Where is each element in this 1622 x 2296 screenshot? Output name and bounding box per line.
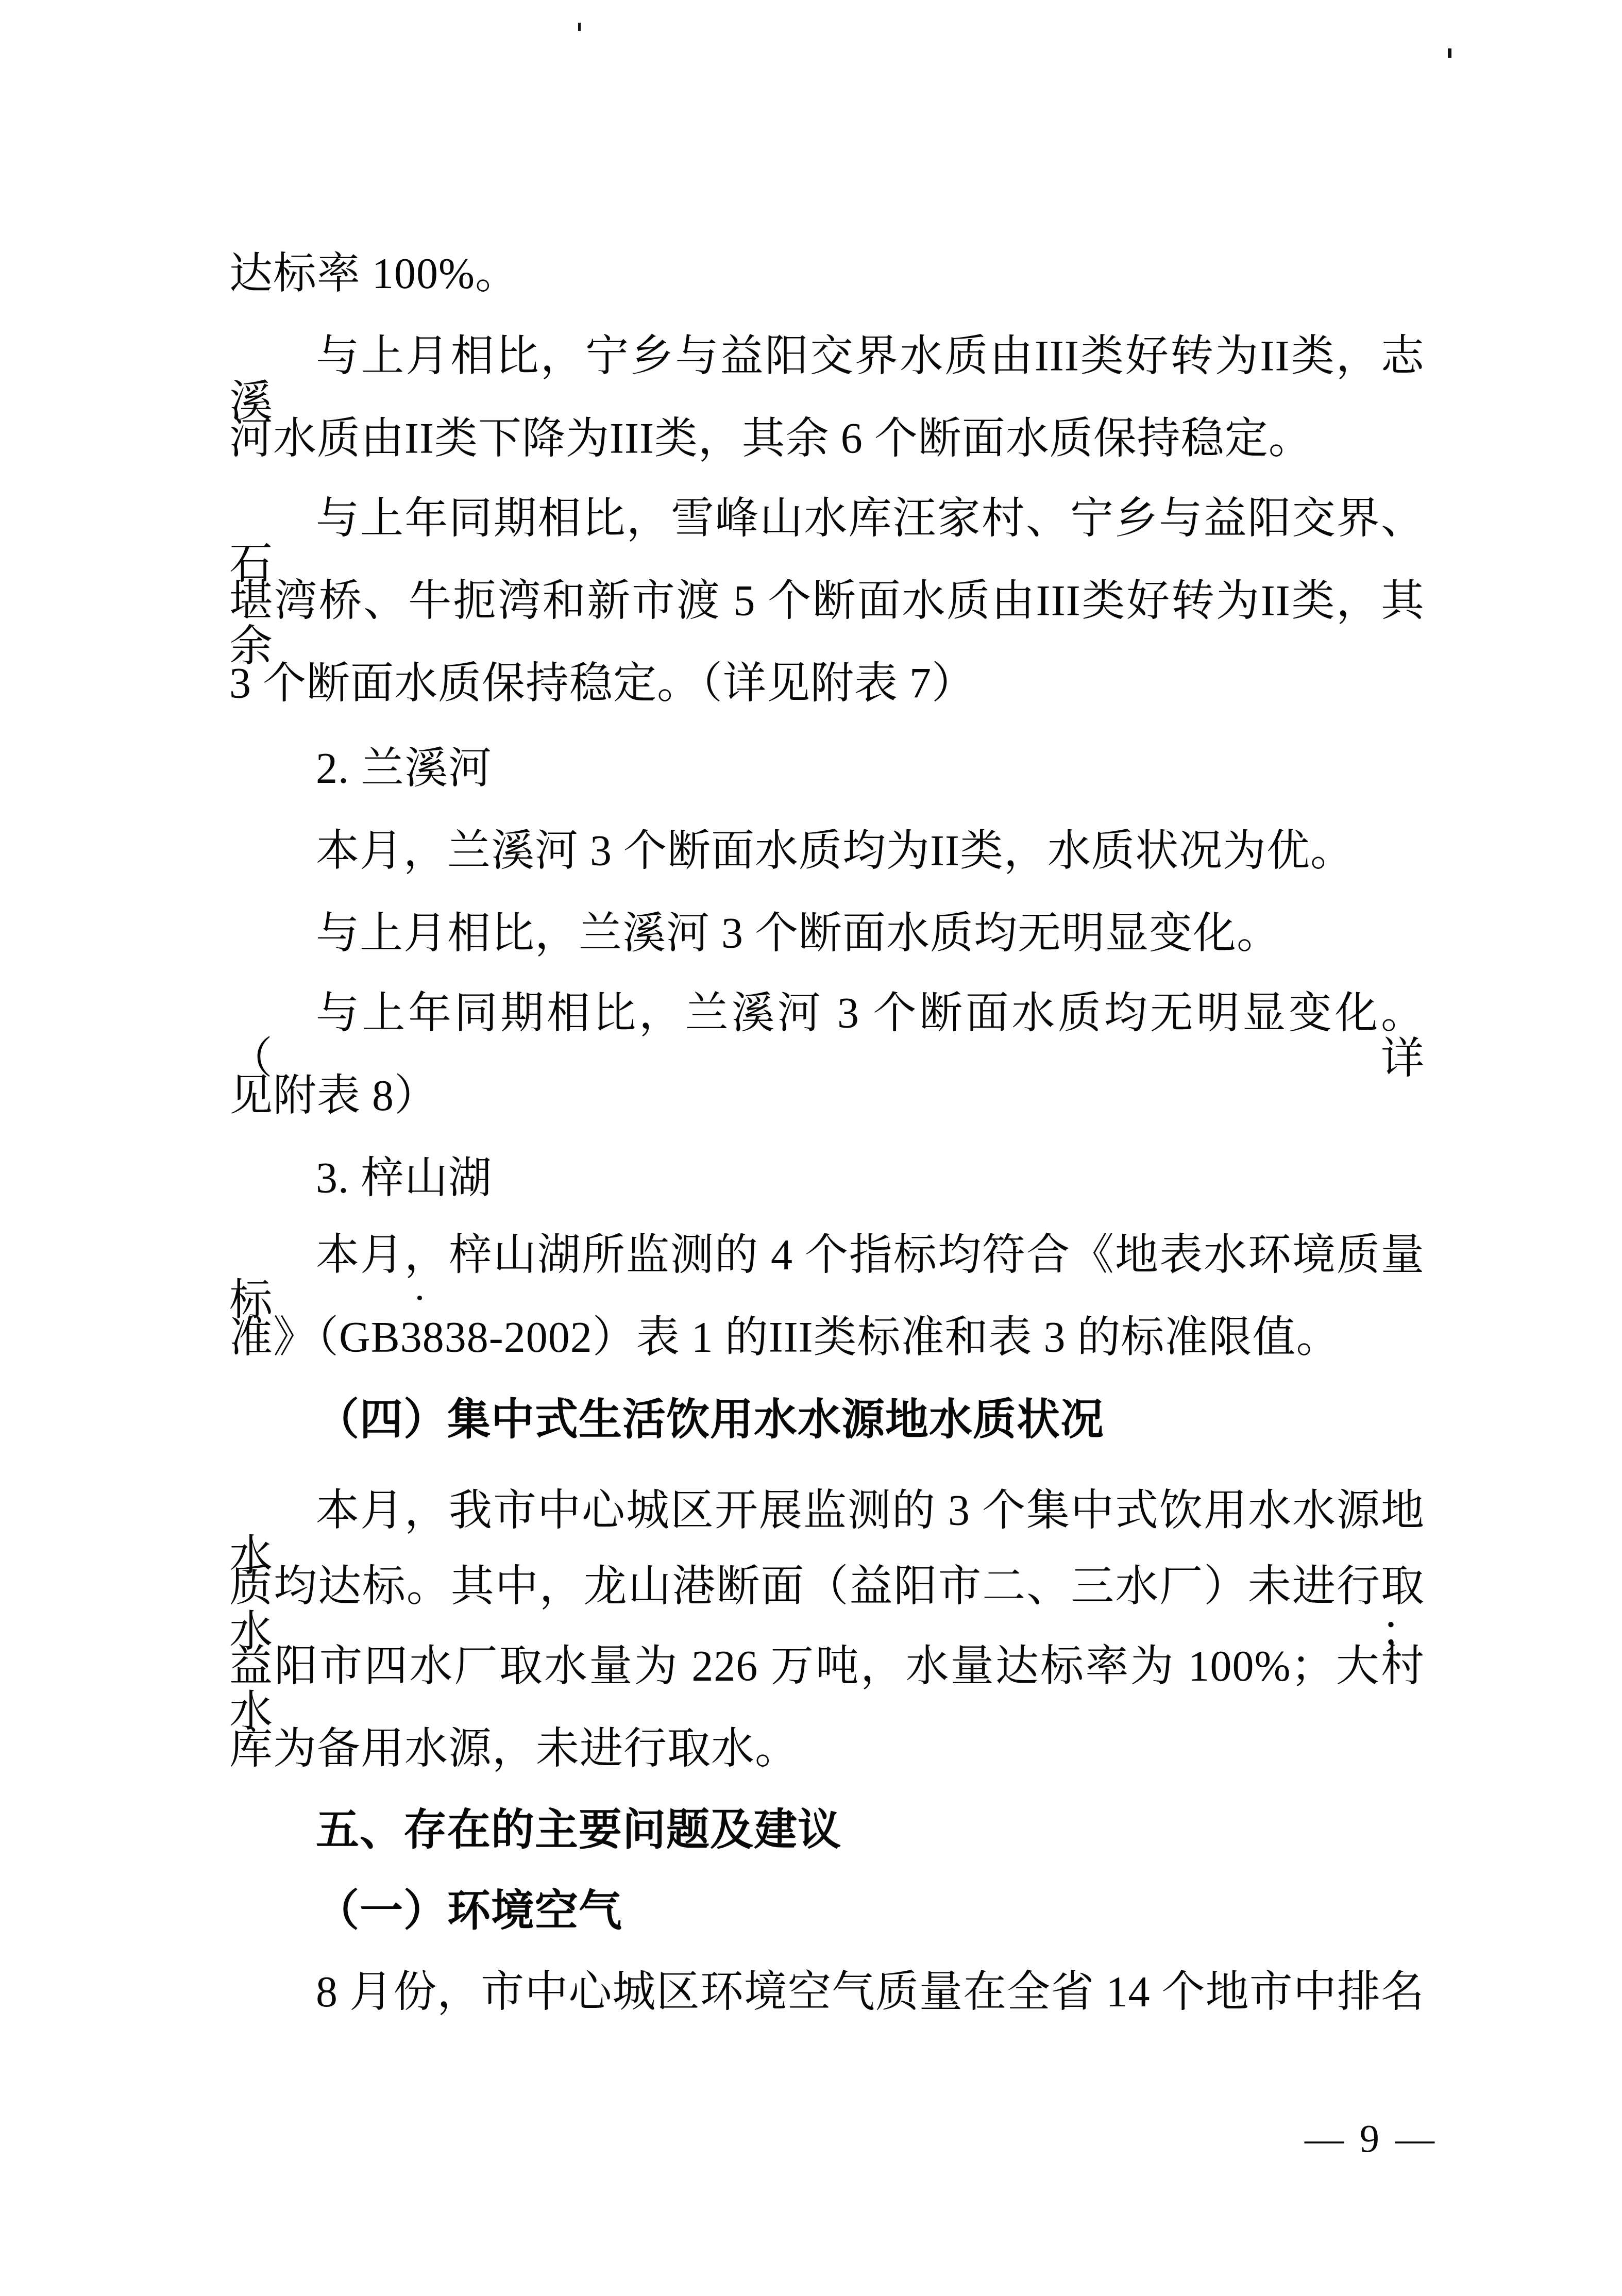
body-line: 准》（GB3838-2002）表 1 的III类标准和表 3 的标准限值。: [229, 1315, 1425, 1361]
body-line: 8 月份，市中心城区环境空气质量在全省 14 个地市中排名: [229, 1970, 1425, 2015]
body-line: 本月，兰溪河 3 个断面水质均为II类，水质状况为优。: [229, 829, 1425, 874]
body-line: 与上月相比，兰溪河 3 个断面水质均无明显变化。: [229, 911, 1425, 957]
list-item-2-lanxi-river: 2. 兰溪河: [229, 746, 1425, 792]
body-line: 质均达标。其中，龙山港断面（益阳市二、三水厂）未进行取水；: [229, 1564, 1425, 1655]
subsection-heading-one: （一）环境空气: [229, 1889, 1425, 1934]
scan-speck: [578, 23, 581, 31]
scan-speck: [1448, 48, 1451, 58]
body-line: 与上年同期相比，兰溪河 3 个断面水质均无明显变化。（详: [229, 991, 1425, 1082]
body-line: 与上年同期相比，雪峰山水库汪家村、宁乡与益阳交界、石: [229, 496, 1425, 587]
list-item-3-zishan-lake: 3. 梓山湖: [229, 1156, 1425, 1201]
body-line: 库为备用水源，未进行取水。: [229, 1727, 1425, 1772]
body-line: 3 个断面水质保持稳定。（详见附表 7）: [229, 661, 1425, 707]
body-line: 河水质由II类下降为III类，其余 6 个断面水质保持稳定。: [229, 416, 1425, 462]
scanned-document-page: 达标率 100%。 与上月相比，宁乡与益阳交界水质由III类好转为II类，志溪 …: [0, 0, 1622, 2296]
body-line: 益阳市四水厂取水量为 226 万吨，水量达标率为 100%；大村水: [229, 1644, 1425, 1735]
body-line: 堪湾桥、牛扼湾和新市渡 5 个断面水质由III类好转为II类，其余: [229, 579, 1425, 669]
body-line: 与上月相比，宁乡与益阳交界水质由III类好转为II类，志溪: [229, 334, 1425, 425]
body-line: 本月，梓山湖所监测的 4 个指标均符合《地表水环境质量标: [229, 1233, 1425, 1323]
page-number: — 9 —: [1305, 2119, 1438, 2158]
section-heading-five: 五、存在的主要问题及建议: [229, 1808, 1425, 1853]
body-line: 见附表 8）: [229, 1074, 1425, 1119]
body-line: 达标率 100%。: [229, 252, 1425, 297]
subsection-heading-four: （四）集中式生活饮用水水源地水质状况: [229, 1398, 1425, 1443]
